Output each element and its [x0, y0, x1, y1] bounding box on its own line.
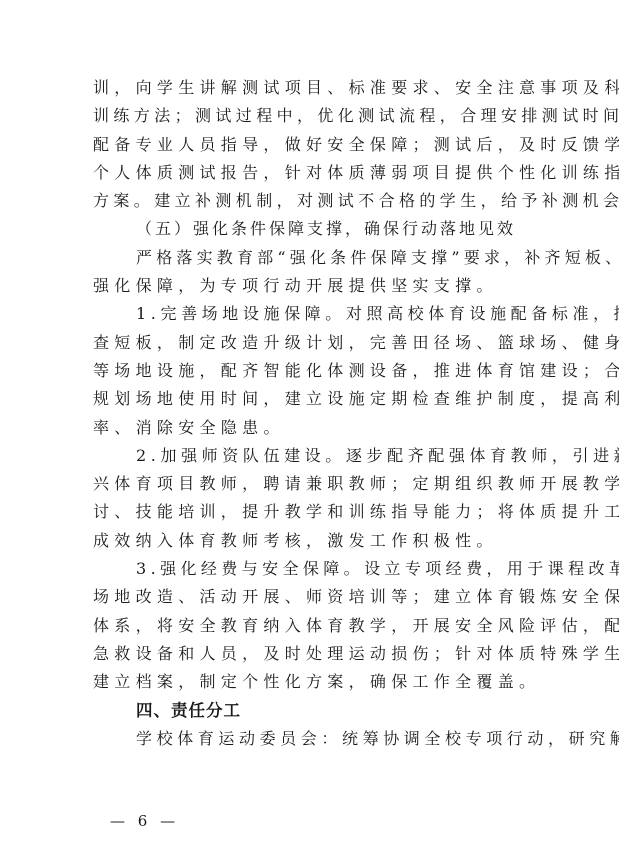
text-line: 场地改造、活动开展、师资培训等；建立体育锻炼安全保障 — [93, 583, 525, 611]
text-line: 成效纳入体育教师考核，激发工作积极性。 — [93, 527, 525, 555]
document-page: 训，向学生讲解测试项目、标准要求、安全注意事项及科学 训练方法；测试过程中，优化… — [0, 0, 619, 851]
text-line: 体系，将安全教育纳入体育教学，开展安全风险评估，配备 — [93, 612, 525, 640]
section-heading: 四、责任分工 — [93, 697, 525, 725]
text-line: 2.加强师资队伍建设。逐步配齐配强体育教师，引进新 — [93, 442, 525, 470]
text-line: 讨、技能培训，提升教学和训练指导能力；将体质提升工作 — [93, 498, 525, 526]
text-line: 强化保障，为专项行动开展提供坚实支撑。 — [93, 272, 525, 300]
text-line: 建立档案，制定个性化方案，确保工作全覆盖。 — [93, 668, 525, 696]
text-line: 严格落实教育部“强化条件保障支撑”要求，补齐短板、 — [93, 244, 525, 272]
text-line: 训，向学生讲解测试项目、标准要求、安全注意事项及科学 — [93, 74, 525, 102]
text-line: 1.完善场地设施保障。对照高校体育设施配备标准，排 — [93, 300, 525, 328]
page-number: — 6 — — [110, 812, 179, 830]
text-line: 训练方法；测试过程中，优化测试流程，合理安排测试时间， — [93, 102, 525, 130]
text-line: 急救设备和人员，及时处理运动损伤；针对体质特殊学生， — [93, 640, 525, 668]
text-line: 个人体质测试报告，针对体质薄弱项目提供个性化训练指导 — [93, 159, 525, 187]
text-line: 规划场地使用时间，建立设施定期检查维护制度，提高利用 — [93, 385, 525, 413]
text-line: 配备专业人员指导，做好安全保障；测试后，及时反馈学生 — [93, 131, 525, 159]
text-line: 方案。建立补测机制，对测试不合格的学生，给予补测机会。 — [93, 187, 525, 215]
text-line: 率、消除安全隐患。 — [93, 414, 525, 442]
text-line: 查短板，制定改造升级计划，完善田径场、篮球场、健身房 — [93, 329, 525, 357]
body-text: 训，向学生讲解测试项目、标准要求、安全注意事项及科学 训练方法；测试过程中，优化… — [93, 74, 525, 753]
text-line: 3.强化经费与安全保障。设立专项经费，用于课程改革、 — [93, 555, 525, 583]
text-line: 等场地设施，配齐智能化体测设备，推进体育馆建设；合理 — [93, 357, 525, 385]
text-line: 学校体育运动委员会：统筹协调全校专项行动，研究解 — [93, 725, 525, 753]
text-line: 兴体育项目教师，聘请兼职教师；定期组织教师开展教学研 — [93, 470, 525, 498]
section-subheading: （五）强化条件保障支撑，确保行动落地见效 — [93, 215, 525, 243]
